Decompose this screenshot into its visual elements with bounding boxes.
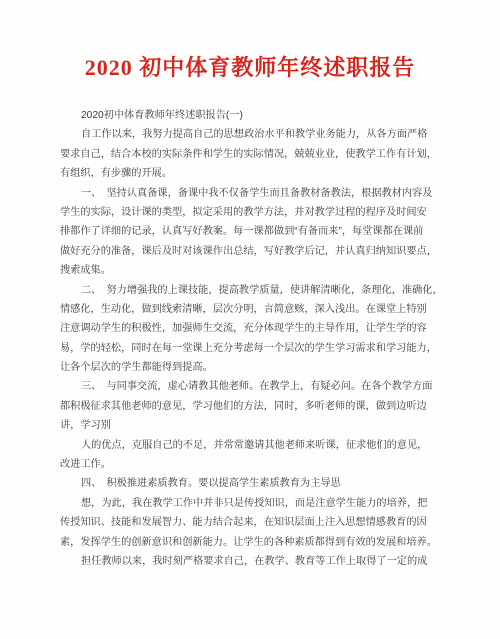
text-line-9: 搜索成集。	[60, 261, 442, 280]
text-line-10: 二、 努力增强我的上课技能，提高教学质量，使讲解清晰化，条理化，准确化，	[60, 281, 442, 300]
text-line-8: 做好充分的准备，课后及时对该课作出总结，写好教学后记，并认真归纳知识要点，	[60, 242, 442, 261]
text-line-18: 人的优点，克服自己的不足，并常常邀请其他老师来听课，征求他们的意见，	[60, 436, 442, 455]
text-line-4: 有组织，有步骤的开展。	[60, 164, 442, 183]
text-line-6: 学生的实际，设计课的类型，拟定采用的教学方法，并对教学过程的程序及时间安	[60, 203, 442, 222]
text-line-21: 想，为此，我在教学工作中并非只是传授知识，而是注意学生能力的培养，把	[60, 494, 442, 513]
text-line-23: 素，发挥学生的创新意识和创新能力。让学生的各种素质都得到有效的发展和培养。	[60, 533, 442, 552]
document-body: 2020初中体育教师年终述职报告(一)自工作以来，我努力提高自己的思想政治水平和…	[60, 106, 442, 571]
document-title: 2020 初中体育教师年终述职报告	[0, 54, 500, 82]
text-line-17: 讲，学习别	[60, 416, 442, 435]
text-line-24: 担任教师以来，我时刻严格要求自己，在教学、教育等工作上取得了一定的成	[60, 552, 442, 571]
text-line-5: 一、 坚持认真备课，备课中我不仅备学生而且备教材备教法，根据教材内容及	[60, 184, 442, 203]
text-line-13: 易，学的轻松，同时在每一堂课上充分考虑每一个层次的学生学习需求和学习能力，	[60, 339, 442, 358]
document-page: 2020 初中体育教师年终述职报告 2020初中体育教师年终述职报告(一)自工作…	[0, 0, 500, 639]
text-line-2: 自工作以来，我努力提高自己的思想政治水平和教学业务能力，从各方面严格	[60, 125, 442, 144]
text-line-15: 三、 与同事交流，虚心请教其他老师。在教学上，有疑必问。在各个教学方面	[60, 377, 442, 396]
text-line-20: 四、 积极推进素质教育。要以提高学生素质教育为主导思	[60, 474, 442, 493]
text-line-16: 都积极征求其他老师的意见，学习他们的方法，同时，多听老师的课，做到边听边	[60, 397, 442, 416]
text-line-22: 传授知识、技能和发展智力、能力结合起来，在知识层面上注入思想情感教育的因	[60, 513, 442, 532]
text-line-7: 排都作了详细的记录，认真写好教案。每一课都做到“有备而来”，每堂课都在课前	[60, 222, 442, 241]
text-line-1: 2020初中体育教师年终述职报告(一)	[60, 106, 442, 125]
text-line-19: 改进工作。	[60, 455, 442, 474]
text-line-14: 让各个层次的学生都能得到提高。	[60, 358, 442, 377]
text-line-3: 要求自己，结合本校的实际条件和学生的实际情况，兢兢业业，使教学工作有计划，	[60, 145, 442, 164]
text-line-11: 情感化，生动化，做到线索清晰，层次分明，言简意赅，深入浅出。在课堂上特别	[60, 300, 442, 319]
text-line-12: 注意调动学生的积极性，加强师生交流，充分体现学生的主导作用，让学生学的容	[60, 319, 442, 338]
